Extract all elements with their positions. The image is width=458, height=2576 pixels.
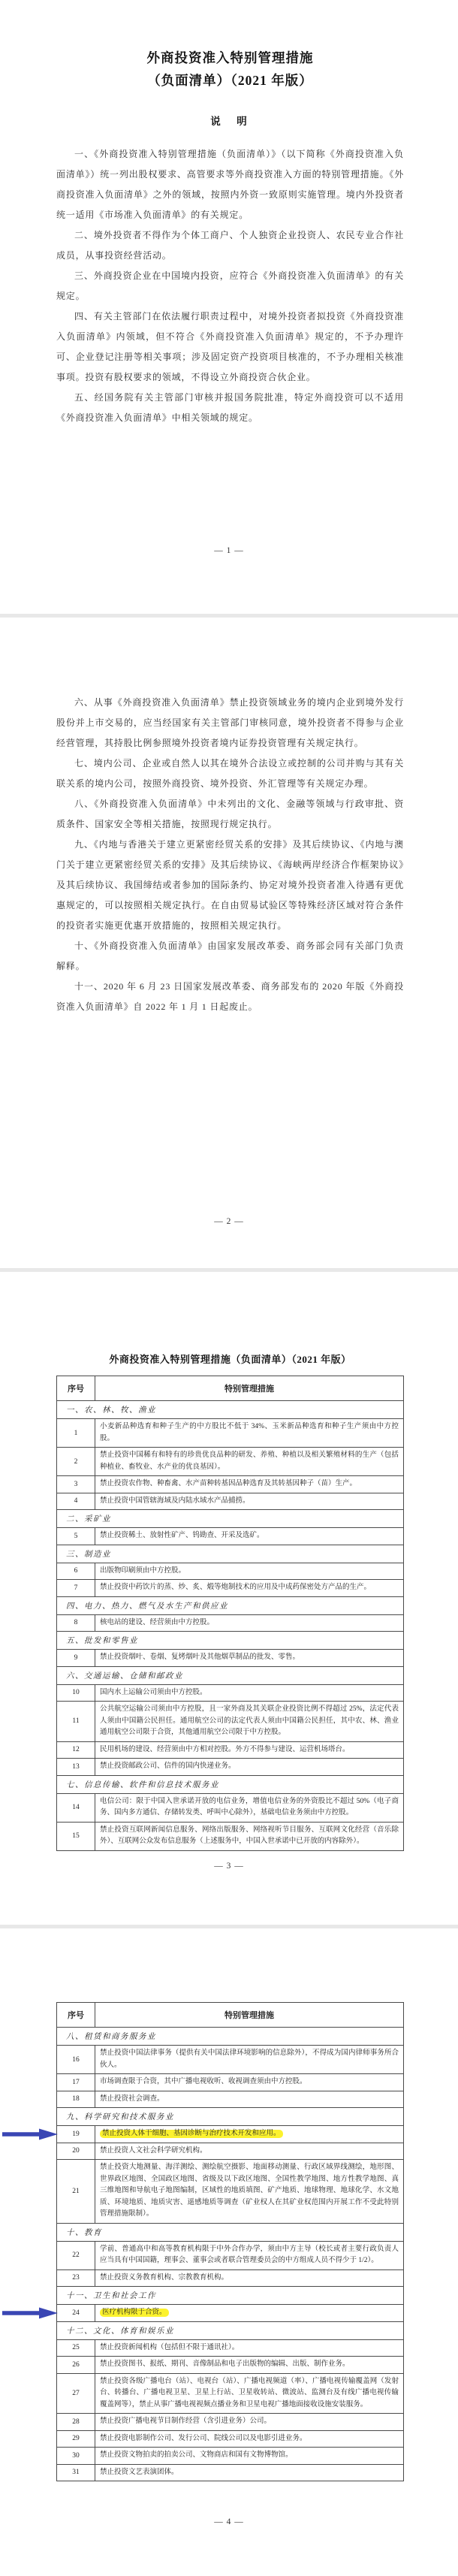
industry-section-label: 四、电力、热力、燃气及水生产和供应业	[57, 1596, 404, 1614]
measure-row: 26禁止投资图书、报纸、期刊、音像制品和电子出版物的编辑、出版、制作业务。	[57, 2357, 404, 2374]
page-title-line2: （负面清单）（2021 年版）	[56, 69, 404, 92]
measure-text: 禁止投资文物拍卖的拍卖公司、文物商店和国有文物博物馆。	[95, 2448, 404, 2465]
measure-text: 禁止投资中国法律事务（提供有关中国法律环境影响的信息除外），不得成为国内律师事务…	[95, 2046, 404, 2074]
measure-number: 4	[57, 1493, 95, 1510]
measure-number: 5	[57, 1528, 95, 1545]
measure-number: 17	[57, 2074, 95, 2091]
negative-list-table-page3: 序号 特别管理措施 一、农、林、牧、渔业1小麦新品种选育和种子生产的中方股比不低…	[56, 1376, 404, 1851]
document-page-1: 外商投资准入特别管理措施 （负面清单）（2021 年版） 说 明 一、《外商投资…	[0, 0, 458, 614]
measure-row: 24医疗机构限于合资。	[57, 2305, 404, 2322]
measure-row: 20禁止投资人文社会科学研究机构。	[57, 2143, 404, 2160]
industry-section-label: 十二、文化、体育和娱乐业	[57, 2321, 404, 2339]
industry-section-row: 十二、文化、体育和娱乐业	[57, 2321, 404, 2339]
measure-text: 禁止投资图书、报纸、期刊、音像制品和电子出版物的编辑、出版、制作业务。	[95, 2357, 404, 2374]
measure-number: 18	[57, 2091, 95, 2108]
measure-text: 禁止投资文艺表演团体。	[95, 2464, 404, 2481]
measure-text: 市场调查限于合资，其中广播电视收听、收视调查须由中方控股。	[95, 2074, 404, 2091]
measure-text: 禁止投资新闻机构（包括但不限于通讯社）。	[95, 2339, 404, 2357]
measure-row: 4禁止投资中国管辖海域及内陆水域水产品捕捞。	[57, 1493, 404, 1510]
table-header-row: 序号 特别管理措施	[57, 2003, 404, 2028]
note-paragraph: 九、《内地与香港关于建立更紧密经贸关系的安排》及其后续协议、《内地与澳门关于建立…	[56, 835, 404, 936]
measure-number: 16	[57, 2046, 95, 2074]
industry-section-label: 一、农、林、牧、渔业	[57, 1401, 404, 1419]
measure-number: 19	[57, 2126, 95, 2143]
measure-text: 公共航空运输公司须由中方控股，且一家外商及其关联企业投资比例不得超过 25%，法…	[95, 1702, 404, 1742]
measure-number: 31	[57, 2464, 95, 2481]
industry-section-row: 五、批发和零售业	[57, 1632, 404, 1650]
measure-number: 26	[57, 2357, 95, 2374]
measure-row: 25禁止投资新闻机构（包括但不限于通讯社）。	[57, 2339, 404, 2357]
page-number: — 4 —	[0, 2517, 458, 2526]
measure-number: 15	[57, 1822, 95, 1850]
industry-section-row: 二、采矿业	[57, 1510, 404, 1528]
measure-row: 9禁止投资烟叶、卷烟、复烤烟叶及其他烟草制品的批发、零售。	[57, 1650, 404, 1667]
measure-number: 25	[57, 2339, 95, 2357]
measure-text: 禁止投资农作物、种畜禽、水产苗种转基因品种选育及其转基因种子（苗）生产。	[95, 1476, 404, 1493]
industry-section-label: 九、科学研究和技术服务业	[57, 2108, 404, 2126]
measure-row: 19禁止投资人体干细胞、基因诊断与治疗技术开发和应用。	[57, 2126, 404, 2143]
page-title: 外商投资准入特别管理措施 （负面清单）（2021 年版）	[56, 47, 404, 92]
table-header-row: 序号 特别管理措施	[57, 1376, 404, 1401]
column-header-no: 序号	[57, 2003, 95, 2028]
measure-row: 22学前、普通高中和高等教育机构限于中外合作办学，须由中方主导（校长或者主要行政…	[57, 2241, 404, 2269]
industry-section-label: 七、信息传输、软件和信息技术服务业	[57, 1775, 404, 1793]
measure-number: 20	[57, 2143, 95, 2160]
measure-number: 27	[57, 2373, 95, 2414]
measure-number: 29	[57, 2430, 95, 2448]
measure-row: 1小麦新品种选育和种子生产的中方股比不低于 34%、玉米新品种选育和种子生产须由…	[57, 1419, 404, 1448]
measure-row: 12民用机场的建设、经营须由中方相对控股。外方不得参与建设、运营机场塔台。	[57, 1741, 404, 1759]
measure-text: 禁止投资邮政公司、信件的国内快递业务。	[95, 1759, 404, 1776]
measure-number: 1	[57, 1419, 95, 1448]
measure-text: 禁止投资电影制作公司、发行公司、院线公司以及电影引进业务。	[95, 2430, 404, 2448]
measure-number: 14	[57, 1793, 95, 1822]
measure-number: 3	[57, 1476, 95, 1493]
industry-section-row: 十、教育	[57, 2223, 404, 2241]
industry-section-row: 九、科学研究和技术服务业	[57, 2108, 404, 2126]
measure-row: 15禁止投资互联网新闻信息服务、网络出版服务、网络视听节目服务、互联网文化经营（…	[57, 1822, 404, 1850]
measure-row: 16禁止投资中国法律事务（提供有关中国法律环境影响的信息除外），不得成为国内律师…	[57, 2046, 404, 2074]
measure-number: 28	[57, 2414, 95, 2431]
measure-row: 31禁止投资文艺表演团体。	[57, 2464, 404, 2481]
document-page-3: 外商投资准入特别管理措施（负面清单）（2021 年版） 序号 特别管理措施 一、…	[0, 1272, 458, 1925]
measure-number: 2	[57, 1448, 95, 1476]
note-paragraph: 八、《外商投资准入负面清单》中未列出的文化、金融等领域与行政审批、资质条件、国家…	[56, 794, 404, 835]
industry-section-label: 十一、卫生和社会工作	[57, 2287, 404, 2305]
measure-text: 禁止投资人文社会科学研究机构。	[95, 2143, 404, 2160]
measure-text: 禁止投资各级广播电台（站）、电视台（站）、广播电视频道（率）、广播电视传输覆盖网…	[95, 2373, 404, 2414]
measure-text: 国内水上运输公司须由中方控股。	[95, 1684, 404, 1702]
blue-arrow-icon	[2, 2128, 58, 2140]
measure-text: 医疗机构限于合资。	[95, 2305, 404, 2322]
highlight-annotation: 医疗机构限于合资。	[100, 2309, 169, 2317]
measure-text: 禁止投资烟叶、卷烟、复烤烟叶及其他烟草制品的批发、零售。	[95, 1650, 404, 1667]
note-paragraph: 七、境内公司、企业或自然人以其在境外合法设立或控制的公司并购与其有关联关系的境内…	[56, 753, 404, 794]
blue-arrow-icon	[2, 2307, 58, 2319]
measure-row: 21禁止投资大地测量、海洋测绘、测绘航空摄影、地面移动测量、行政区域界线测绘，地…	[57, 2160, 404, 2224]
note-paragraph: 十、《外商投资准入负面清单》由国家发展改革委、商务部会同有关部门负责解释。	[56, 936, 404, 977]
measure-text: 禁止投资义务教育机构、宗教教育机构。	[95, 2269, 404, 2287]
measure-row: 5禁止投资稀土、放射性矿产、钨勘查、开采及选矿。	[57, 1528, 404, 1545]
measure-text: 学前、普通高中和高等教育机构限于中外合作办学，须由中方主导（校长或者主要行政负责…	[95, 2241, 404, 2269]
measure-text: 禁止投资大地测量、海洋测绘、测绘航空摄影、地面移动测量、行政区域界线测绘，地形图…	[95, 2160, 404, 2224]
industry-section-label: 十、教育	[57, 2223, 404, 2241]
column-header-measure: 特别管理措施	[95, 1376, 404, 1401]
page-title-line1: 外商投资准入特别管理措施	[56, 47, 404, 69]
measure-row: 3禁止投资农作物、种畜禽、水产苗种转基因品种选育及其转基因种子（苗）生产。	[57, 1476, 404, 1493]
notes-block-page2: 六、从事《外商投资准入负面清单》禁止投资领域业务的境内企业到境外发行股份并上市交…	[56, 693, 404, 1017]
measure-number: 23	[57, 2269, 95, 2287]
measure-number: 7	[57, 1580, 95, 1597]
industry-section-label: 六、交通运输、仓储和邮政业	[57, 1666, 404, 1684]
industry-section-row: 三、制造业	[57, 1545, 404, 1563]
measure-number: 12	[57, 1741, 95, 1759]
measure-text: 禁止投资稀土、放射性矿产、钨勘查、开采及选矿。	[95, 1528, 404, 1545]
column-header-measure: 特别管理措施	[95, 2003, 404, 2028]
measure-number: 6	[57, 1563, 95, 1580]
measure-row: 2禁止投资中国稀有和特有的珍贵优良品种的研发、养殖、种植以及相关繁殖材料的生产（…	[57, 1448, 404, 1476]
measure-number: 30	[57, 2448, 95, 2465]
measure-row: 27禁止投资各级广播电台（站）、电视台（站）、广播电视频道（率）、广播电视传输覆…	[57, 2373, 404, 2414]
measure-row: 29禁止投资电影制作公司、发行公司、院线公司以及电影引进业务。	[57, 2430, 404, 2448]
measure-text: 禁止投资中国管辖海域及内陆水域水产品捕捞。	[95, 1493, 404, 1510]
industry-section-label: 五、批发和零售业	[57, 1632, 404, 1650]
industry-section-label: 二、采矿业	[57, 1510, 404, 1528]
measure-text: 出版物印刷须由中方控股。	[95, 1563, 404, 1580]
measure-text: 民用机场的建设、经营须由中方相对控股。外方不得参与建设、运营机场塔台。	[95, 1741, 404, 1759]
document-page-2: 六、从事《外商投资准入负面清单》禁止投资领域业务的境内企业到境外发行股份并上市交…	[0, 618, 458, 1268]
measure-number: 9	[57, 1650, 95, 1667]
page-number: — 1 —	[0, 546, 458, 555]
measure-text: 电信公司：限于中国入世承诺开放的电信业务，增值电信业务的外资股比不超过 50%（…	[95, 1793, 404, 1822]
measure-row: 14电信公司：限于中国入世承诺开放的电信业务，增值电信业务的外资股比不超过 50…	[57, 1793, 404, 1822]
measure-row: 7禁止投资中药饮片的蒸、炒、炙、煅等炮制技术的应用及中成药保密处方产品的生产。	[57, 1580, 404, 1597]
note-paragraph: 一、《外商投资准入特别管理措施（负面清单）》（以下简称《外商投资准入负面清单》）…	[56, 144, 404, 225]
industry-section-row: 六、交通运输、仓储和邮政业	[57, 1666, 404, 1684]
measure-row: 13禁止投资邮政公司、信件的国内快递业务。	[57, 1759, 404, 1776]
negative-list-table-page4: 序号 特别管理措施 八、租赁和商务服务业16禁止投资中国法律事务（提供有关中国法…	[56, 2002, 404, 2481]
measure-text: 禁止投资中药饮片的蒸、炒、炙、煅等炮制技术的应用及中成药保密处方产品的生产。	[95, 1580, 404, 1597]
notes-block-page1: 一、《外商投资准入特别管理措施（负面清单）》（以下简称《外商投资准入负面清单》）…	[56, 144, 404, 428]
page-number: — 3 —	[0, 1862, 458, 1871]
measure-row: 6出版物印刷须由中方控股。	[57, 1563, 404, 1580]
document-page-4: 序号 特别管理措施 八、租赁和商务服务业16禁止投资中国法律事务（提供有关中国法…	[0, 1928, 458, 2576]
measure-number: 11	[57, 1702, 95, 1742]
measure-row: 8核电站的建设、经营须由中方控股。	[57, 1614, 404, 1632]
note-paragraph: 五、经国务院有关主管部门审核并报国务院批准，特定外商投资可以不适用《外商投资准入…	[56, 388, 404, 428]
note-paragraph: 六、从事《外商投资准入负面清单》禁止投资领域业务的境内企业到境外发行股份并上市交…	[56, 693, 404, 753]
industry-section-label: 八、租赁和商务服务业	[57, 2028, 404, 2046]
measure-text: 禁止投资社会调查。	[95, 2091, 404, 2108]
highlight-annotation: 禁止投资人体干细胞、基因诊断与治疗技术开发和应用。	[100, 2130, 283, 2138]
measure-row: 28禁止投资广播电视节目制作经营（含引进业务）公司。	[57, 2414, 404, 2431]
measure-number: 10	[57, 1684, 95, 1702]
measure-number: 13	[57, 1759, 95, 1776]
note-paragraph: 三、外商投资企业在中国境内投资，应符合《外商投资准入负面清单》的有关规定。	[56, 266, 404, 307]
measure-number: 8	[57, 1614, 95, 1632]
measure-text: 禁止投资互联网新闻信息服务、网络出版服务、网络视听节目服务、互联网文化经营（音乐…	[95, 1822, 404, 1850]
measure-number: 24	[57, 2305, 95, 2322]
measure-row: 30禁止投资文物拍卖的拍卖公司、文物商店和国有文物博物馆。	[57, 2448, 404, 2465]
measure-row: 11公共航空运输公司须由中方控股，且一家外商及其关联企业投资比例不得超过 25%…	[57, 1702, 404, 1742]
measure-number: 22	[57, 2241, 95, 2269]
measure-text: 禁止投资中国稀有和特有的珍贵优良品种的研发、养殖、种植以及相关繁殖材料的生产（包…	[95, 1448, 404, 1476]
industry-section-row: 十一、卫生和社会工作	[57, 2287, 404, 2305]
industry-section-row: 七、信息传输、软件和信息技术服务业	[57, 1775, 404, 1793]
measure-row: 23禁止投资义务教育机构、宗教教育机构。	[57, 2269, 404, 2287]
column-header-no: 序号	[57, 1376, 95, 1401]
measure-row: 18禁止投资社会调查。	[57, 2091, 404, 2108]
measure-row: 10国内水上运输公司须由中方控股。	[57, 1684, 404, 1702]
measure-number: 21	[57, 2160, 95, 2224]
industry-section-row: 八、租赁和商务服务业	[57, 2028, 404, 2046]
notes-heading: 说 明	[56, 113, 404, 128]
measure-text: 禁止投资人体干细胞、基因诊断与治疗技术开发和应用。	[95, 2126, 404, 2143]
measure-row: 17市场调查限于合资，其中广播电视收听、收视调查须由中方控股。	[57, 2074, 404, 2091]
industry-section-row: 一、农、林、牧、渔业	[57, 1401, 404, 1419]
negative-list-title: 外商投资准入特别管理措施（负面清单）（2021 年版）	[56, 1351, 404, 1366]
page-number: — 2 —	[0, 1217, 458, 1226]
measure-text: 禁止投资广播电视节目制作经营（含引进业务）公司。	[95, 2414, 404, 2431]
note-paragraph: 十一、2020 年 6 月 23 日国家发展改革委、商务部发布的 2020 年版…	[56, 977, 404, 1017]
industry-section-row: 四、电力、热力、燃气及水生产和供应业	[57, 1596, 404, 1614]
measure-text: 核电站的建设、经营须由中方控股。	[95, 1614, 404, 1632]
note-paragraph: 四、有关主管部门在依法履行职责过程中，对境外投资者拟投资《外商投资准入负面清单》…	[56, 307, 404, 388]
note-paragraph: 二、境外投资者不得作为个体工商户、个人独资企业投资人、农民专业合作社成员，从事投…	[56, 225, 404, 266]
industry-section-label: 三、制造业	[57, 1545, 404, 1563]
measure-text: 小麦新品种选育和种子生产的中方股比不低于 34%、玉米新品种选育和种子生产须由中…	[95, 1419, 404, 1448]
